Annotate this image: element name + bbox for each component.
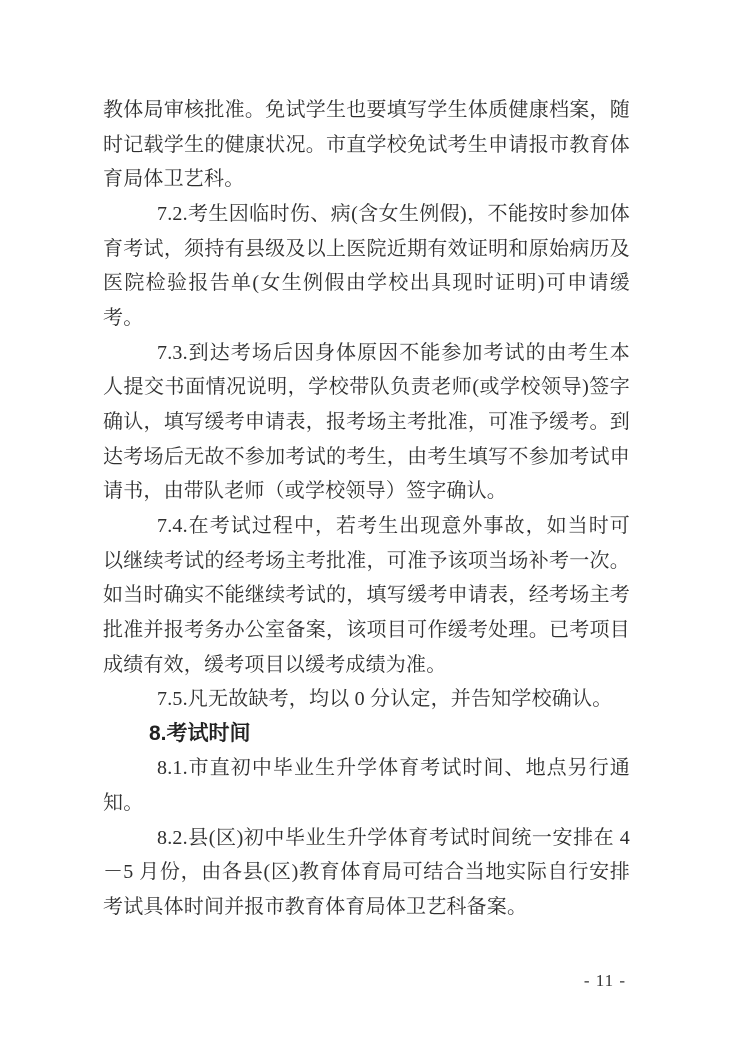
paragraph-7-2: 7.2.考生因临时伤、病(含女生例假)，不能按时参加体育考试，须持有县级及以上医… <box>103 197 630 336</box>
document-body: 教体局审核批准。免试学生也要填写学生体质健康档案，随时记载学生的健康状况。市直学… <box>103 93 630 925</box>
paragraph-8-1: 8.1.市直初中毕业生升学体育考试时间、地点另行通知。 <box>103 751 630 820</box>
paragraph-continuation: 教体局审核批准。免试学生也要填写学生体质健康档案，随时记载学生的健康状况。市直学… <box>103 93 630 197</box>
document-page: 教体局审核批准。免试学生也要填写学生体质健康档案，随时记载学生的健康状况。市直学… <box>0 0 743 1050</box>
paragraph-7-5: 7.5.凡无故缺考，均以 0 分认定，并告知学校确认。 <box>103 682 630 717</box>
paragraph-8-2: 8.2.县(区)初中毕业生升学体育考试时间统一安排在 4－5 月份，由各县(区)… <box>103 821 630 925</box>
section-heading-8: 8.考试时间 <box>103 717 630 752</box>
paragraph-7-4: 7.4.在考试过程中，若考生出现意外事故，如当时可以继续考试的经考场主考批准，可… <box>103 509 630 682</box>
page-number: - 11 - <box>558 971 652 991</box>
paragraph-7-3: 7.3.到达考场后因身体原因不能参加考试的由考生本人提交书面情况说明，学校带队负… <box>103 336 630 509</box>
